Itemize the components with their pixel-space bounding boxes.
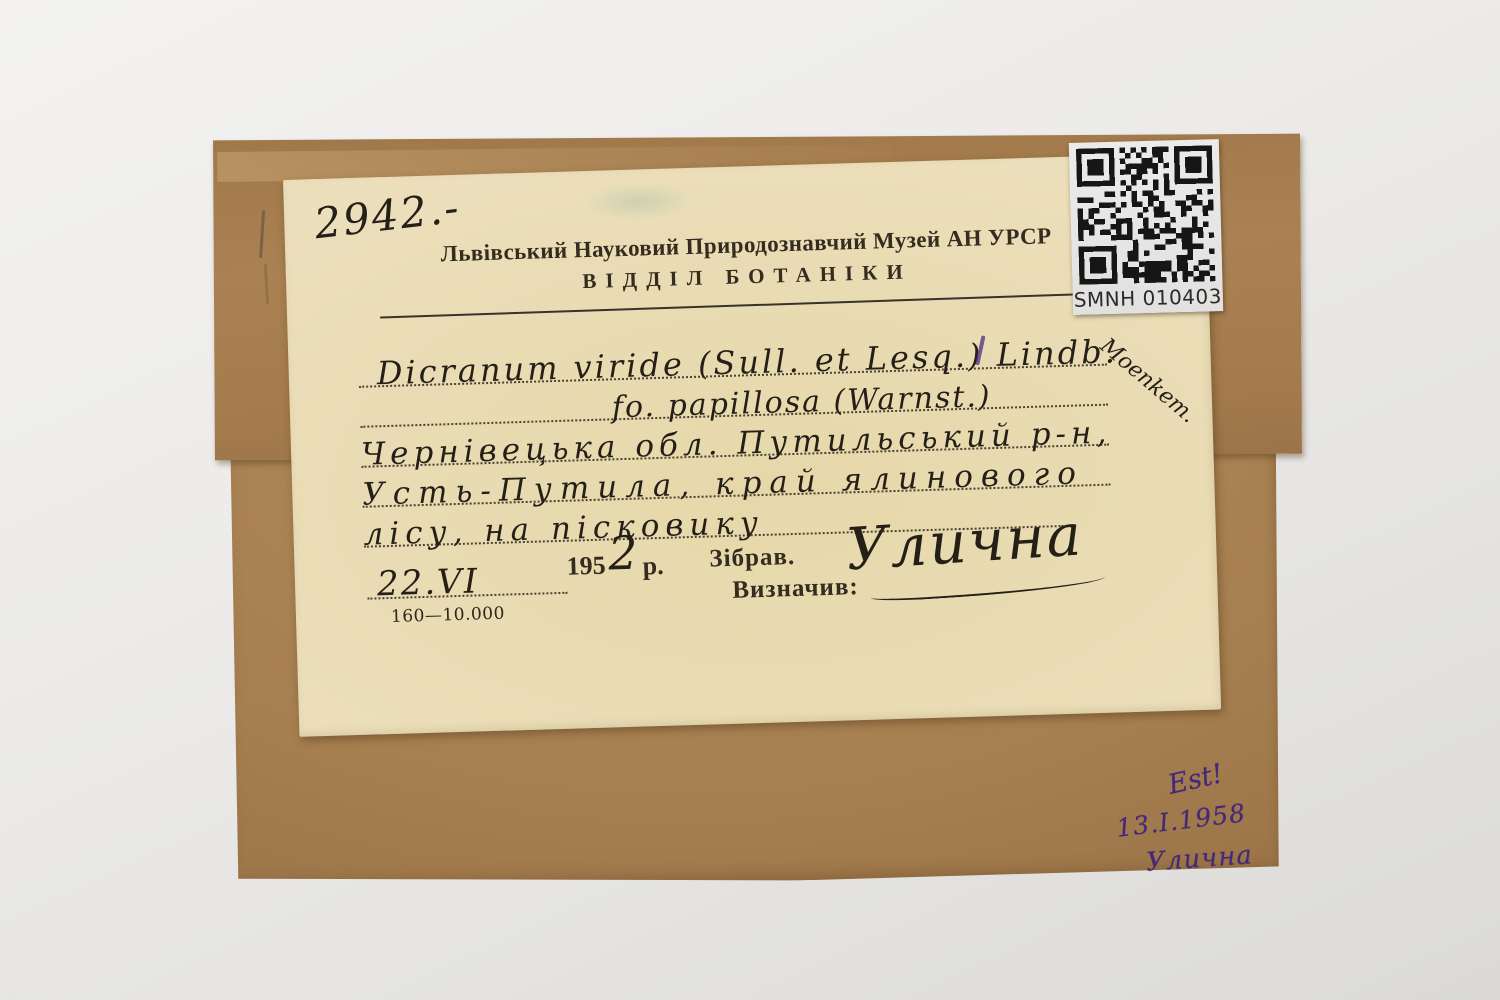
date-handwritten: 22.VI	[376, 561, 479, 604]
ink-smudge	[583, 182, 694, 221]
qr-sticker: SMNH 010403	[1069, 139, 1223, 315]
print-run-mark: 160—10.000	[391, 604, 505, 627]
pencil-mark	[259, 210, 265, 258]
pencil-mark	[264, 264, 269, 304]
qr-code	[1076, 145, 1216, 285]
collector-signature: Улична	[844, 500, 1085, 583]
determined-by-label: Визначив:	[732, 573, 859, 605]
year-suffix: р.	[642, 551, 664, 582]
year-printed: 195	[566, 551, 606, 582]
catalog-number: 2942.-	[312, 183, 463, 249]
year-handwritten: 2	[607, 526, 638, 581]
locality-text-3: лісу, на пісковику	[363, 505, 764, 553]
collected-by-label: Зібрав.	[709, 543, 796, 574]
qr-code-label: SMNH 010403	[1073, 284, 1224, 312]
forma-author-note: Moenkem.	[1095, 334, 1201, 429]
specimen-photo: Est! 13.І.1958 Улична 2942.- Львівський …	[0, 0, 1500, 1000]
date-entry-line: 22.VI	[366, 558, 567, 600]
